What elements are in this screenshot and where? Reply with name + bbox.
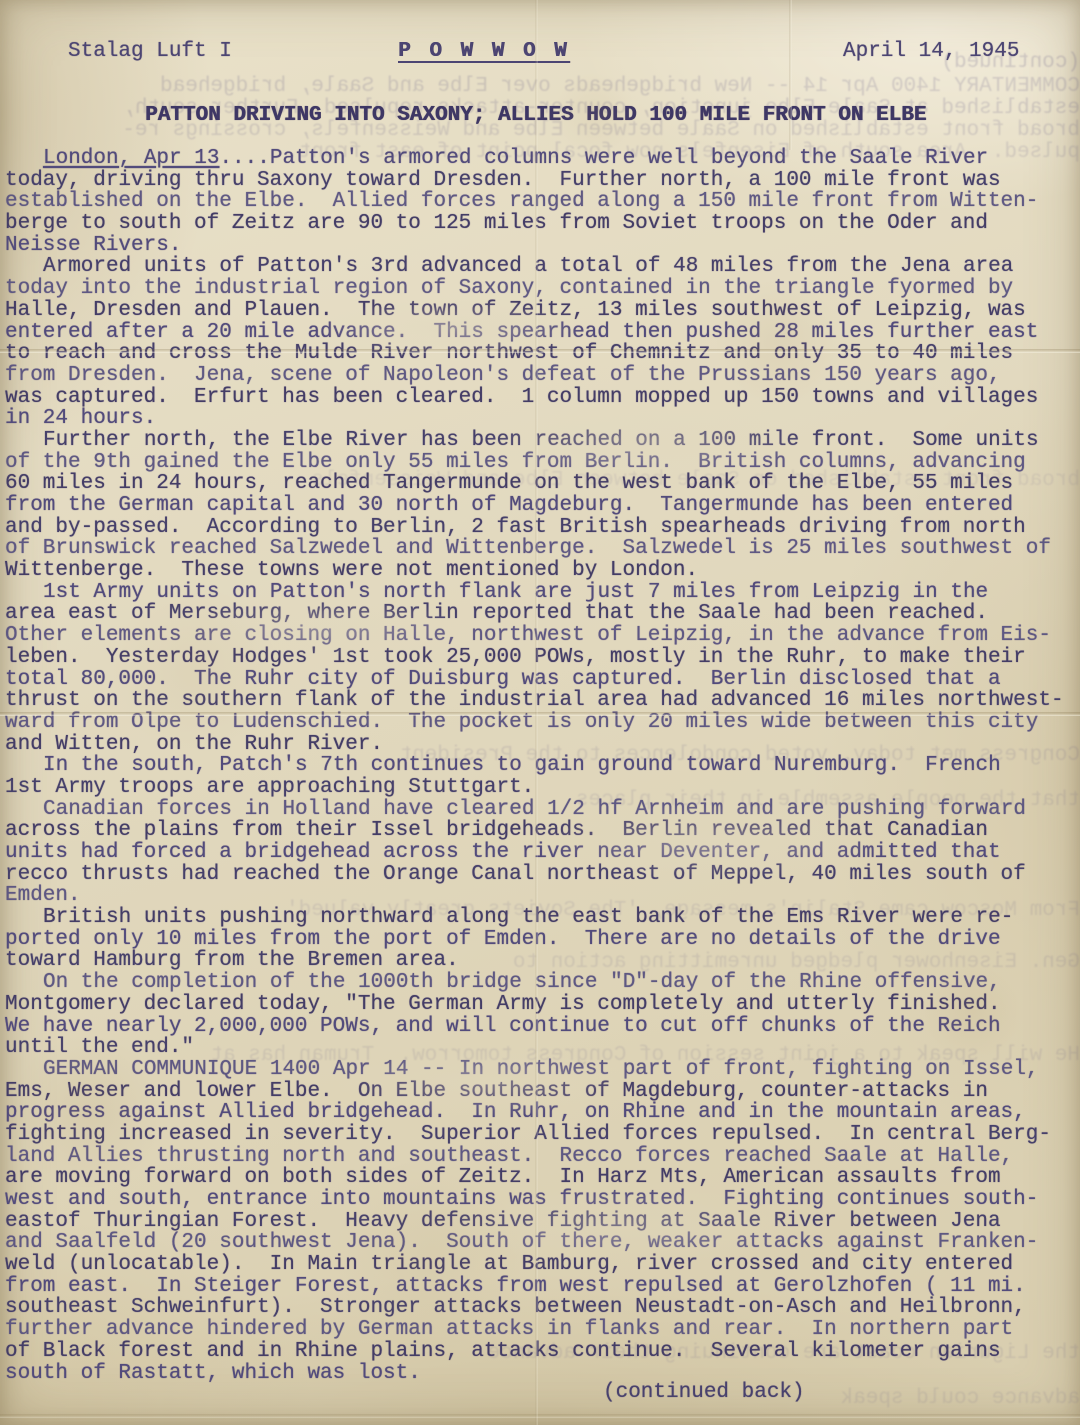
body-line: On the completion of the 1000th bridge s…: [5, 972, 1077, 994]
article-body: London, Apr 13....Patton's armored colum…: [5, 148, 1077, 1384]
body-line: ward from Olpe to Ludenschied. The pocke…: [5, 712, 1077, 734]
body-line: Ems, Weser and lower Elbe. On Elbe south…: [5, 1081, 1077, 1103]
body-line: land Allies thrusting north and southeas…: [5, 1146, 1077, 1168]
body-line: 1st Army troops are approaching Stuttgar…: [5, 777, 1077, 799]
body-line: from Dresden. Jena, scene of Napoleon's …: [5, 365, 1077, 387]
body-line: from east. In Steiger Forest, attacks fr…: [5, 1276, 1077, 1298]
body-line: Wittenberge. These towns were not mentio…: [5, 560, 1077, 582]
body-line: entered after a 20 mile advance. This sp…: [5, 322, 1077, 344]
body-line: total 80,000. The Ruhr city of Duisburg …: [5, 669, 1077, 691]
body-line: leben. Yesterday Hodges' 1st took 25,000…: [5, 647, 1077, 669]
body-line: units had forced a bridgehead across the…: [5, 842, 1077, 864]
body-line: Halle, Dresden and Plauen. The town of Z…: [5, 300, 1077, 322]
body-line: today, driving thru Saxony toward Dresde…: [5, 170, 1077, 192]
body-line: 1st Army units on Patton's north flank a…: [5, 582, 1077, 604]
body-line: and Witten, on the Ruhr River.: [5, 734, 1077, 756]
dateline-underlined: London, Apr 13: [43, 147, 219, 170]
body-line: further advance hindered by German attac…: [5, 1319, 1077, 1341]
body-line: toward Hamburg from the Bremen area.: [5, 950, 1077, 972]
body-line: of Black forest and in Rhine plains, att…: [5, 1341, 1077, 1363]
body-line: Armored units of Patton's 3rd advanced a…: [5, 256, 1077, 278]
body-line: GERMAN COMMUNIQUE 1400 Apr 14 -- In nort…: [5, 1059, 1077, 1081]
body-line: Further north, the Elbe River has been r…: [5, 430, 1077, 452]
body-line: of the 9th gained the Elbe only 55 miles…: [5, 452, 1077, 474]
body-line: from the German capital and 30 north of …: [5, 495, 1077, 517]
body-line: southeast Schweinfurt). Stronger attacks…: [5, 1297, 1077, 1319]
body-line: and Saalfeld (20 southwest Jena). South …: [5, 1232, 1077, 1254]
body-line: Other elements are closing on Halle, nor…: [5, 625, 1077, 647]
body-line: in 24 hours.: [5, 408, 1077, 430]
body-line: of Brunswick reached Salzwedel and Witte…: [5, 538, 1077, 560]
headline: PATTON DRIVING INTO SAXONY; ALLIES HOLD …: [145, 104, 926, 127]
body-line: established on the Elbe. Allied forces r…: [5, 191, 1077, 213]
body-line: today into the industrial region of Saxo…: [5, 278, 1077, 300]
body-line: west and south, entrance into mountains …: [5, 1189, 1077, 1211]
body-line: 60 miles in 24 hours, reached Tangermund…: [5, 473, 1077, 495]
body-line: In the south, Patch's 7th continues to g…: [5, 755, 1077, 777]
body-line: south of Rastatt, which was lost.: [5, 1363, 1077, 1385]
masthead-date: April 14, 1945: [843, 40, 1019, 63]
body-line: thrust on the southern flank of the indu…: [5, 690, 1077, 712]
masthead: Stalag Luft I P O W W O W April 14, 1945: [0, 40, 1080, 66]
bleedthrough-line: advance could speak: [0, 1388, 1080, 1410]
body-line: ported only 10 miles from the port of Em…: [5, 929, 1077, 951]
body-line: recco thrusts had reached the Orange Can…: [5, 864, 1077, 886]
masthead-camp: Stalag Luft I: [68, 40, 232, 63]
body-line: We have nearly 2,000,000 POWs, and will …: [5, 1016, 1077, 1038]
body-line: Neisse Rivers.: [5, 235, 1077, 257]
newsletter-title: P O W W O W: [398, 40, 570, 63]
body-line: until the end.": [5, 1037, 1077, 1059]
body-line: fighting increased in severity. Superior…: [5, 1124, 1077, 1146]
body-line: London, Apr 13....Patton's armored colum…: [5, 148, 1077, 170]
bleedthrough-line: COMMENTARY 1400 Apr 14 -- New bridgehead…: [0, 76, 1080, 98]
body-line: progress against Allied bridgehead. In R…: [5, 1102, 1077, 1124]
body-line: weld (unlocatable). In Main triangle at …: [5, 1254, 1077, 1276]
body-line: British units pushing northward along th…: [5, 907, 1077, 929]
body-line: area east of Merseburg, where Berlin rep…: [5, 603, 1077, 625]
body-line: to reach and cross the Mulde River north…: [5, 343, 1077, 365]
body-line: Montgomery declared today, "The German A…: [5, 994, 1077, 1016]
fold-crease-horizontal-3: [0, 1414, 1080, 1418]
body-line: are moving forward on both sides of Zeit…: [5, 1167, 1077, 1189]
body-line: across the plains from their Issel bridg…: [5, 820, 1077, 842]
body-line: Emden.: [5, 885, 1077, 907]
scanned-page: (continued)COMMENTARY 1400 Apr 14 -- New…: [0, 0, 1080, 1425]
body-line: Canadian forces in Holland have cleared …: [5, 799, 1077, 821]
continued-note: (continued back): [603, 1381, 805, 1404]
body-line: was captured. Erfurt has been cleared. 1…: [5, 387, 1077, 409]
fold-crease-vertical-top: [789, 0, 792, 150]
body-line: eastof Thuringian Forest. Heavy defensiv…: [5, 1211, 1077, 1233]
body-line: and by-passed. According to Berlin, 2 fa…: [5, 517, 1077, 539]
body-line: berge to south of Zeitz are 90 to 125 mi…: [5, 213, 1077, 235]
